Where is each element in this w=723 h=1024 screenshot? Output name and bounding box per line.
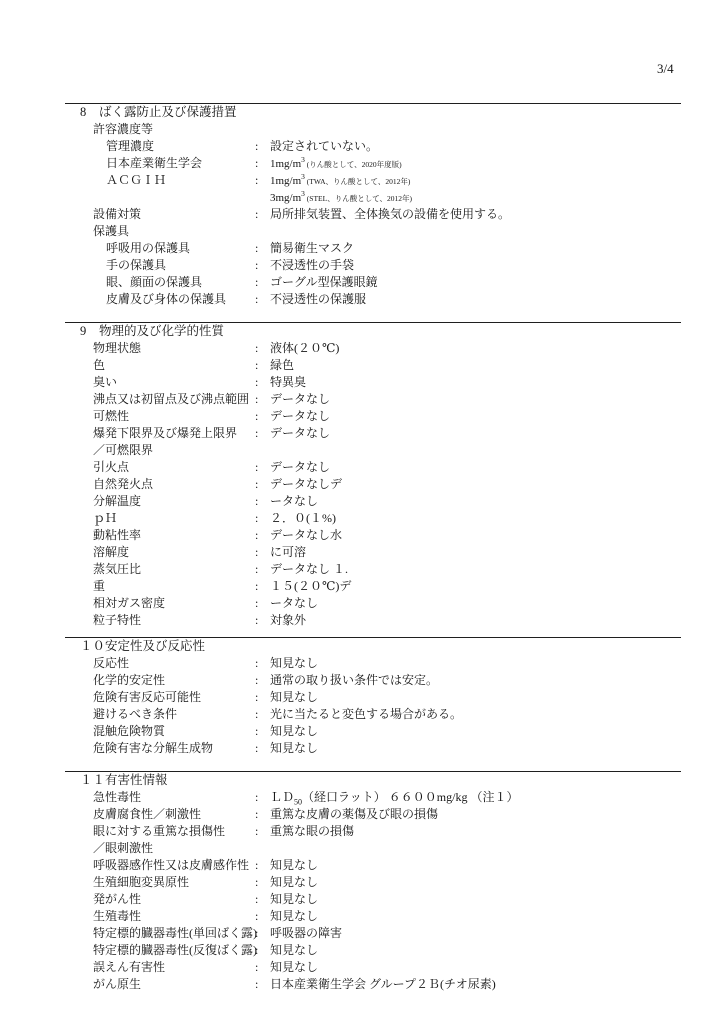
property-value: 知見なし bbox=[270, 655, 318, 672]
section-8-exposure-controls: 8ばく露防止及び保護措置許容濃度等管理濃度:設定されていない。日本産業衛生学会:… bbox=[65, 103, 681, 308]
property-label: がん原生 bbox=[93, 976, 141, 993]
property-value: ２．０(１%) bbox=[270, 510, 336, 527]
property-row: 生殖毒性:知見なし bbox=[65, 908, 681, 925]
value-text: データなし bbox=[270, 426, 330, 440]
property-label: 皮膚腐食性／刺激性 bbox=[93, 806, 201, 823]
value-annotation: (りん酸として、2020年度版) bbox=[305, 160, 402, 169]
property-row: 反応性:知見なし bbox=[65, 655, 681, 672]
label-value-separator: : bbox=[255, 391, 258, 408]
property-row: 重:１５(２０℃)デ bbox=[65, 578, 681, 595]
property-value: データなしデ bbox=[270, 476, 342, 493]
value-text: データなし bbox=[270, 409, 330, 423]
property-label: 特定標的臓器毒性(反復ばく露) bbox=[93, 942, 257, 959]
property-value: １５(２０℃)デ bbox=[270, 578, 351, 595]
value-text: 特異臭 bbox=[270, 375, 306, 389]
property-label: ｐＨ bbox=[93, 510, 117, 527]
property-row: 危険有害反応可能性:知見なし bbox=[65, 689, 681, 706]
label-value-separator: : bbox=[255, 240, 258, 257]
property-row: 臭い:特異臭 bbox=[65, 374, 681, 391]
property-row: 3mg/m3 (STEL、りん酸として、2012年) bbox=[65, 189, 681, 206]
property-value: 液体(２０℃) bbox=[270, 340, 339, 357]
property-label: 急性毒性 bbox=[93, 789, 141, 806]
value-text: 設定されていない。 bbox=[270, 139, 378, 153]
property-row: 爆発下限界及び爆発上限界:データなし bbox=[65, 425, 681, 442]
section-11-toxicological-information: １１有害性情報急性毒性:ＬＤ50（経口ラット） ６６００mg/kg （注１）皮膚… bbox=[65, 771, 681, 993]
label-value-separator: : bbox=[255, 544, 258, 561]
value-text: ータなし bbox=[270, 596, 318, 610]
value-text: ＬＤ bbox=[270, 790, 294, 804]
section-heading: １０安定性及び反応性 bbox=[65, 638, 681, 655]
value-text: データなし水 bbox=[270, 528, 342, 542]
property-value: に可溶 bbox=[270, 544, 306, 561]
value-text: 知見なし bbox=[270, 909, 318, 923]
property-row: 化学的安定性:通常の取り扱い条件では安定。 bbox=[65, 672, 681, 689]
label-value-separator: : bbox=[255, 891, 258, 908]
property-label: 日本産業衛生学会 bbox=[106, 155, 202, 172]
label-value-separator: : bbox=[255, 408, 258, 425]
property-row: 保護具 bbox=[65, 223, 681, 240]
value-text: ゴーグル型保護眼鏡 bbox=[270, 275, 378, 289]
label-value-separator: : bbox=[255, 340, 258, 357]
value-text: データなしデ bbox=[270, 477, 342, 491]
property-value: 局所排気装置、全体換気の設備を使用する。 bbox=[270, 206, 510, 223]
property-label: 動粘性率 bbox=[93, 527, 141, 544]
property-row: 特定標的臓器毒性(単回ばく露):呼吸器の障害 bbox=[65, 925, 681, 942]
property-label: 生殖細胞変異原性 bbox=[93, 874, 189, 891]
property-value: 知見なし bbox=[270, 689, 318, 706]
property-value: 簡易衛生マスク bbox=[270, 240, 354, 257]
section-title: ばく露防止及び保護措置 bbox=[99, 105, 237, 119]
label-value-separator: : bbox=[255, 561, 258, 578]
value-text: 知見なし bbox=[270, 960, 318, 974]
label-value-separator: : bbox=[255, 172, 258, 189]
value-text: 知見なし bbox=[270, 858, 318, 872]
property-value: 対象外 bbox=[270, 612, 306, 629]
value-text: 液体(２０℃) bbox=[270, 341, 339, 355]
label-value-separator: : bbox=[255, 595, 258, 612]
value-text: 知見なし bbox=[270, 724, 318, 738]
property-row: 許容濃度等 bbox=[65, 121, 681, 138]
property-label: ／可燃限界 bbox=[93, 442, 153, 459]
property-value: 知見なし bbox=[270, 908, 318, 925]
property-row: 混触危険物質:知見なし bbox=[65, 723, 681, 740]
property-label: 手の保護具 bbox=[106, 257, 166, 274]
value-text: 局所排気装置、全体換気の設備を使用する。 bbox=[270, 207, 510, 221]
property-row: 皮膚及び身体の保護具:不浸透性の保護服 bbox=[65, 291, 681, 308]
label-value-separator: : bbox=[255, 806, 258, 823]
section-title: 有害性情報 bbox=[105, 773, 168, 787]
property-value: 1mg/m3 (TWA、りん酸として、2012年) bbox=[270, 172, 410, 190]
property-label: 自然発火点 bbox=[93, 476, 153, 493]
property-row: 手の保護具:不浸透性の手袋 bbox=[65, 257, 681, 274]
property-row: 急性毒性:ＬＤ50（経口ラット） ６６００mg/kg （注１） bbox=[65, 789, 681, 806]
property-label: 危険有害反応可能性 bbox=[93, 689, 201, 706]
value-annotation: (TWA、りん酸として、2012年) bbox=[305, 177, 410, 186]
property-row: 日本産業衛生学会:1mg/m3 (りん酸として、2020年度版) bbox=[65, 155, 681, 172]
value-text: 知見なし bbox=[270, 943, 318, 957]
value-text: 知見なし bbox=[270, 875, 318, 889]
property-row: ｐＨ:２．０(１%) bbox=[65, 510, 681, 527]
property-label: 臭い bbox=[93, 374, 117, 391]
property-value: 3mg/m3 (STEL、りん酸として、2012年) bbox=[270, 189, 412, 207]
property-value: 不浸透性の保護服 bbox=[270, 291, 366, 308]
label-value-separator: : bbox=[255, 206, 258, 223]
property-label: 管理濃度 bbox=[106, 138, 154, 155]
label-value-separator: : bbox=[255, 425, 258, 442]
property-row: 呼吸用の保護具:簡易衛生マスク bbox=[65, 240, 681, 257]
property-row: 発がん性:知見なし bbox=[65, 891, 681, 908]
property-value: 緑色 bbox=[270, 357, 294, 374]
property-label: 粒子特性 bbox=[93, 612, 141, 629]
section-heading: 8ばく露防止及び保護措置 bbox=[65, 104, 681, 121]
value-text: 知見なし bbox=[270, 741, 318, 755]
property-value: 呼吸器の障害 bbox=[270, 925, 342, 942]
value-text: 知見なし bbox=[270, 656, 318, 670]
property-row: 色:緑色 bbox=[65, 357, 681, 374]
property-value: データなし bbox=[270, 425, 330, 442]
label-value-separator: : bbox=[255, 925, 258, 942]
label-value-separator: : bbox=[255, 274, 258, 291]
property-row: 設備対策:局所排気装置、全体換気の設備を使用する。 bbox=[65, 206, 681, 223]
property-value: 知見なし bbox=[270, 891, 318, 908]
property-label: 色 bbox=[93, 357, 105, 374]
property-row: 溶解度:に可溶 bbox=[65, 544, 681, 561]
property-row: 避けるべき条件:光に当たると変色する場合がある。 bbox=[65, 706, 681, 723]
property-row: 危険有害な分解生成物:知見なし bbox=[65, 740, 681, 757]
property-label: 化学的安定性 bbox=[93, 672, 165, 689]
property-value: 知見なし bbox=[270, 723, 318, 740]
label-value-separator: : bbox=[255, 740, 258, 757]
label-value-separator: : bbox=[255, 357, 258, 374]
property-label: 相対ガス密度 bbox=[93, 595, 165, 612]
section-heading: 9物理的及び化学的性質 bbox=[65, 323, 681, 340]
property-value: 知見なし bbox=[270, 874, 318, 891]
label-value-separator: : bbox=[255, 942, 258, 959]
property-label: 物理状態 bbox=[93, 340, 141, 357]
property-label: ／眼刺激性 bbox=[93, 840, 153, 857]
value-text: 呼吸器の障害 bbox=[270, 926, 342, 940]
section-heading: １１有害性情報 bbox=[65, 772, 681, 789]
label-value-separator: : bbox=[255, 493, 258, 510]
value-text: 緑色 bbox=[270, 358, 294, 372]
property-value: ータなし bbox=[270, 493, 318, 510]
label-value-separator: : bbox=[255, 908, 258, 925]
property-value: 設定されていない。 bbox=[270, 138, 378, 155]
label-value-separator: : bbox=[255, 689, 258, 706]
property-label: 引火点 bbox=[93, 459, 129, 476]
label-value-separator: : bbox=[255, 257, 258, 274]
section-number: １０ bbox=[80, 638, 105, 655]
property-label: 誤えん有害性 bbox=[93, 959, 165, 976]
property-value: 通常の取り扱い条件では安定。 bbox=[270, 672, 438, 689]
property-value: ＬＤ50（経口ラット） ６６００mg/kg （注１） bbox=[270, 789, 518, 806]
property-value: データなし bbox=[270, 391, 330, 408]
property-row: ／可燃限界 bbox=[65, 442, 681, 459]
property-row: 誤えん有害性:知見なし bbox=[65, 959, 681, 976]
property-row: 特定標的臓器毒性(反復ばく露):知見なし bbox=[65, 942, 681, 959]
value-text: に可溶 bbox=[270, 545, 306, 559]
property-label: 避けるべき条件 bbox=[93, 706, 177, 723]
label-value-separator: : bbox=[255, 789, 258, 806]
section-number: 8 bbox=[80, 104, 99, 121]
label-value-separator: : bbox=[255, 527, 258, 544]
property-row: 動粘性率:データなし水 bbox=[65, 527, 681, 544]
section-9-physical-chemical-properties: 9物理的及び化学的性質物理状態:液体(２０℃)色:緑色臭い:特異臭沸点又は初留点… bbox=[65, 322, 681, 629]
property-value: 日本産業衛生学会 グループ２Ｂ(チオ尿素) bbox=[270, 976, 496, 993]
value-text: １５(２０℃)デ bbox=[270, 579, 351, 593]
property-value: データなし水 bbox=[270, 527, 342, 544]
value-text: 1mg/m bbox=[270, 175, 301, 187]
property-label: 生殖毒性 bbox=[93, 908, 141, 925]
section-10-stability-reactivity: １０安定性及び反応性反応性:知見なし化学的安定性:通常の取り扱い条件では安定。危… bbox=[65, 637, 681, 757]
property-value: データなし bbox=[270, 459, 330, 476]
property-value: データなし １. bbox=[270, 561, 348, 578]
label-value-separator: : bbox=[255, 706, 258, 723]
value-text: 1mg/m bbox=[270, 158, 301, 170]
property-label: 保護具 bbox=[93, 223, 129, 240]
property-row: 管理濃度:設定されていない。 bbox=[65, 138, 681, 155]
property-value: 知見なし bbox=[270, 740, 318, 757]
property-row: 皮膚腐食性／刺激性:重篤な皮膚の薬傷及び眼の損傷 bbox=[65, 806, 681, 823]
property-label: 特定標的臓器毒性(単回ばく露) bbox=[93, 925, 257, 942]
label-value-separator: : bbox=[255, 138, 258, 155]
property-label: 分解温度 bbox=[93, 493, 141, 510]
property-label: 呼吸用の保護具 bbox=[106, 240, 190, 257]
property-value: 知見なし bbox=[270, 959, 318, 976]
property-label: 重 bbox=[93, 578, 105, 595]
property-label: 可燃性 bbox=[93, 408, 129, 425]
label-value-separator: : bbox=[255, 291, 258, 308]
label-value-separator: : bbox=[255, 857, 258, 874]
property-row: 自然発火点:データなしデ bbox=[65, 476, 681, 493]
label-value-separator: : bbox=[255, 578, 258, 595]
value-text: データなし bbox=[270, 460, 330, 474]
label-value-separator: : bbox=[255, 823, 258, 840]
property-row: 可燃性:データなし bbox=[65, 408, 681, 425]
property-row: がん原生:日本産業衛生学会 グループ２Ｂ(チオ尿素) bbox=[65, 976, 681, 993]
label-value-separator: : bbox=[255, 476, 258, 493]
label-value-separator: : bbox=[255, 874, 258, 891]
section-title: 物理的及び化学的性質 bbox=[99, 324, 224, 338]
property-row: 相対ガス密度:ータなし bbox=[65, 595, 681, 612]
property-row: 物理状態:液体(２０℃) bbox=[65, 340, 681, 357]
value-text: 不浸透性の手袋 bbox=[270, 258, 354, 272]
value-text: （経口ラット） ６６００mg/kg （注１） bbox=[302, 790, 518, 804]
property-label: 溶解度 bbox=[93, 544, 129, 561]
property-row: 眼、顔面の保護具:ゴーグル型保護眼鏡 bbox=[65, 274, 681, 291]
label-value-separator: : bbox=[255, 155, 258, 172]
property-value: ゴーグル型保護眼鏡 bbox=[270, 274, 378, 291]
property-label: 呼吸器感作性又は皮膚感作性 bbox=[93, 857, 249, 874]
label-value-separator: : bbox=[255, 672, 258, 689]
property-label: 混触危険物質 bbox=[93, 723, 165, 740]
property-value: データなし bbox=[270, 408, 330, 425]
property-row: 蒸気圧比:データなし １. bbox=[65, 561, 681, 578]
value-text: 通常の取り扱い条件では安定。 bbox=[270, 673, 438, 687]
section-title: 安定性及び反応性 bbox=[105, 639, 205, 653]
label-value-separator: : bbox=[255, 723, 258, 740]
property-label: 許容濃度等 bbox=[93, 121, 153, 138]
value-text: 知見なし bbox=[270, 690, 318, 704]
property-value: 特異臭 bbox=[270, 374, 306, 391]
value-text: 重篤な眼の損傷 bbox=[270, 824, 354, 838]
value-text: ータなし bbox=[270, 494, 318, 508]
property-value: 不浸透性の手袋 bbox=[270, 257, 354, 274]
property-label: 蒸気圧比 bbox=[93, 561, 141, 578]
property-label: 発がん性 bbox=[93, 891, 141, 908]
page-number: 3/4 bbox=[657, 61, 674, 77]
property-row: 引火点:データなし bbox=[65, 459, 681, 476]
property-value: ータなし bbox=[270, 595, 318, 612]
property-value: 重篤な眼の損傷 bbox=[270, 823, 354, 840]
property-label: 反応性 bbox=[93, 655, 129, 672]
value-text: データなし bbox=[270, 392, 330, 406]
value-text: ２．０(１%) bbox=[270, 511, 336, 525]
property-label: 危険有害な分解生成物 bbox=[93, 740, 213, 757]
label-value-separator: : bbox=[255, 655, 258, 672]
value-text: 重篤な皮膚の薬傷及び眼の損傷 bbox=[270, 807, 438, 821]
value-text: 3mg/m bbox=[270, 192, 301, 204]
property-row: 呼吸器感作性又は皮膚感作性:知見なし bbox=[65, 857, 681, 874]
value-text: 知見なし bbox=[270, 892, 318, 906]
property-row: 眼に対する重篤な損傷性:重篤な眼の損傷 bbox=[65, 823, 681, 840]
property-label: 皮膚及び身体の保護具 bbox=[106, 291, 226, 308]
property-value: 知見なし bbox=[270, 942, 318, 959]
property-label: ＡＣＧＩＨ bbox=[106, 172, 166, 189]
property-row: 沸点又は初留点及び沸点範囲:データなし bbox=[65, 391, 681, 408]
label-value-separator: : bbox=[255, 612, 258, 629]
property-row: ＡＣＧＩＨ:1mg/m3 (TWA、りん酸として、2012年) bbox=[65, 172, 681, 189]
property-value: 光に当たると変色する場合がある。 bbox=[270, 706, 462, 723]
value-annotation: (STEL、りん酸として、2012年) bbox=[305, 194, 412, 203]
property-label: 爆発下限界及び爆発上限界 bbox=[93, 425, 237, 442]
label-value-separator: : bbox=[255, 976, 258, 993]
section-number: １１ bbox=[80, 772, 105, 789]
property-label: 眼、顔面の保護具 bbox=[106, 274, 202, 291]
property-label: 設備対策 bbox=[93, 206, 141, 223]
value-text: データなし １. bbox=[270, 562, 348, 576]
property-row: 分解温度:ータなし bbox=[65, 493, 681, 510]
value-text: 対象外 bbox=[270, 613, 306, 627]
label-value-separator: : bbox=[255, 510, 258, 527]
value-text: 簡易衛生マスク bbox=[270, 241, 354, 255]
label-value-separator: : bbox=[255, 959, 258, 976]
property-row: ／眼刺激性 bbox=[65, 840, 681, 857]
value-text: 不浸透性の保護服 bbox=[270, 292, 366, 306]
property-label: 眼に対する重篤な損傷性 bbox=[93, 823, 225, 840]
section-number: 9 bbox=[80, 323, 99, 340]
property-label: 沸点又は初留点及び沸点範囲 bbox=[93, 391, 249, 408]
property-value: 1mg/m3 (りん酸として、2020年度版) bbox=[270, 155, 402, 173]
property-row: 粒子特性:対象外 bbox=[65, 612, 681, 629]
sds-document-body: 8ばく露防止及び保護措置許容濃度等管理濃度:設定されていない。日本産業衛生学会:… bbox=[65, 103, 681, 993]
label-value-separator: : bbox=[255, 374, 258, 391]
property-value: 重篤な皮膚の薬傷及び眼の損傷 bbox=[270, 806, 438, 823]
property-value: 知見なし bbox=[270, 857, 318, 874]
value-text: 光に当たると変色する場合がある。 bbox=[270, 707, 462, 721]
value-text: 日本産業衛生学会 グループ２Ｂ(チオ尿素) bbox=[270, 977, 496, 991]
property-row: 生殖細胞変異原性:知見なし bbox=[65, 874, 681, 891]
label-value-separator: : bbox=[255, 459, 258, 476]
